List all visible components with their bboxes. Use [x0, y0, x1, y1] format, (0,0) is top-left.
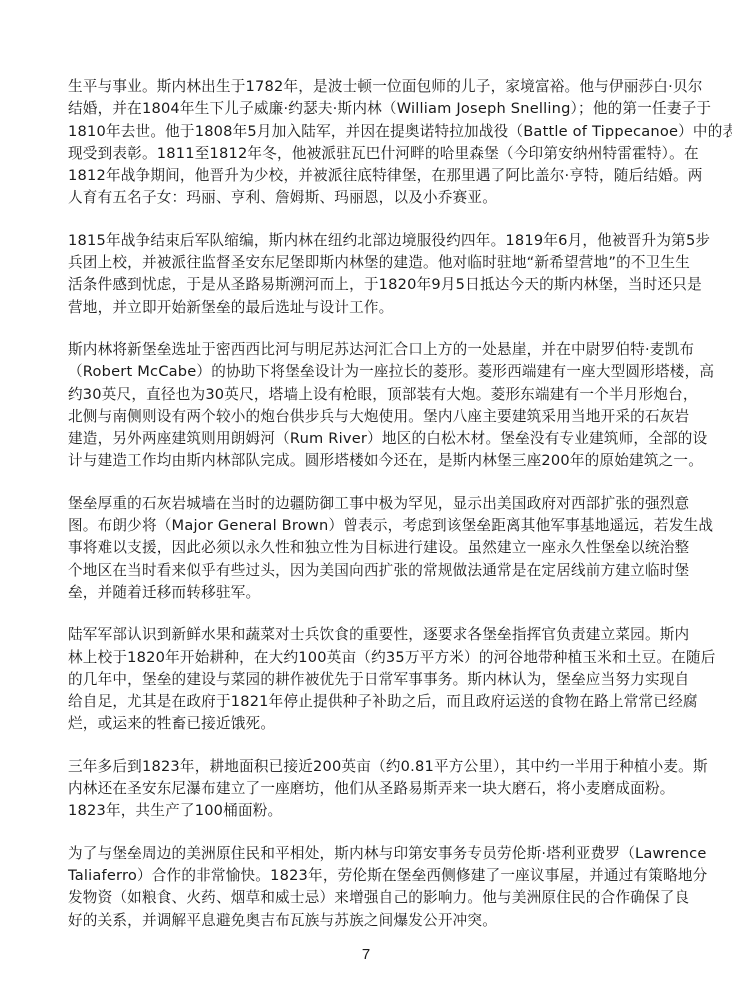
- page-number: 7: [0, 946, 732, 963]
- paragraph-post-war-assignment: 1815年战争结束后军队缩编，斯内林在纽约北部边境服役约四年。1819年6月，他…: [68, 230, 672, 319]
- text-line: （Robert McCabe）的协助下将堡垒设计为一座拉长的菱形。菱形西端建有一…: [68, 361, 672, 383]
- text-line: 陆军军部认识到新鲜水果和蔬菜对士兵饮食的重要性，逐要求各堡垒指挥官负责建立菜园。…: [68, 624, 672, 646]
- text-line: 图。布朗少将（Major General Brown）曾表示，考虑到该堡垒距离其…: [68, 515, 672, 537]
- text-line: 烂，或运来的牲畜已接近饿死。: [68, 713, 672, 735]
- text-line: 堡垒厚重的石灰岩城墙在当时的边疆防御工事中极为罕见，显示出美国政府对西部扩张的强…: [68, 493, 672, 515]
- text-line: 结婚，并在1804年生下儿子威廉·约瑟夫·斯内林（William Joseph …: [68, 98, 672, 120]
- text-line: 北侧与南侧则设有两个较小的炮台供步兵与大炮使用。堡内八座主要建筑采用当地开采的石…: [68, 406, 672, 428]
- text-line: 人育有五名子女：玛丽、亨利、詹姆斯、玛丽恩，以及小乔赛亚。: [68, 187, 672, 209]
- text-line: 的几年中，堡垒的建设与菜园的耕作被优先于日常军事事务。斯内林认为，堡垒应当努力实…: [68, 669, 672, 691]
- text-line: 生平与事业。斯内林出生于1782年，是波士顿一位面包师的儿子，家境富裕。他与伊丽…: [68, 76, 672, 98]
- text-line: 计与建造工作均由斯内林部队完成。圆形塔楼如今还在，是斯内林堡三座200年的原始建…: [68, 450, 672, 472]
- text-line: 发物资（如粮食、火药、烟草和威士忌）来增强自己的影响力。他与美洲原住民的合作确保…: [68, 887, 672, 909]
- text-line: 1812年战争期间，他晋升为少校，并被派往底特律堡，在那里遇了阿比盖尔·亨特，随…: [68, 165, 672, 187]
- paragraph-fort-design: 斯内林将新堡垒选址于密西西比河与明尼苏达河汇合口上方的一处悬崖，并在中尉罗伯特·…: [68, 339, 672, 473]
- text-line: 个地区在当时看来似乎有些过头，因为美国向西扩张的常规做法通常是在定居线前方建立临…: [68, 560, 672, 582]
- text-line: 林上校于1820年开始耕种，在大约100英亩（约35万平方米）的河谷地带种植玉米…: [68, 647, 672, 669]
- document-page: 生平与事业。斯内林出生于1782年，是波士顿一位面包师的儿子，家境富裕。他与伊丽…: [68, 76, 672, 952]
- paragraph-mill: 三年多后到1823年，耕地面积已接近200英亩（约0.81平方公里），其中约一半…: [68, 756, 672, 823]
- paragraph-limestone-walls: 堡垒厚重的石灰岩城墙在当时的边疆防御工事中极为罕见，显示出美国政府对西部扩张的强…: [68, 493, 672, 604]
- text-line: 营地，并立即开始新堡垒的最后选址与设计工作。: [68, 297, 672, 319]
- text-line: 给自足，尤其是在政府于1821年停止提供种子补助之后，而且政府运送的食物在路上常…: [68, 691, 672, 713]
- text-line: 三年多后到1823年，耕地面积已接近200英亩（约0.81平方公里），其中约一半…: [68, 756, 672, 778]
- paragraph-native-relations: 为了与堡垒周边的美洲原住民和平相处，斯内林与印第安事务专员劳伦斯·塔利亚费罗（L…: [68, 843, 672, 932]
- text-line: 约30英尺，直径也为30英尺，塔墙上设有枪眼，顶部装有大炮。菱形东端建有一个半月…: [68, 384, 672, 406]
- text-line: 1823年，共生产了100桶面粉。: [68, 800, 672, 822]
- paragraph-early-life: 生平与事业。斯内林出生于1782年，是波士顿一位面包师的儿子，家境富裕。他与伊丽…: [68, 76, 672, 210]
- text-line: 现受到表彰。1811至1812年冬，他被派驻瓦巴什河畔的哈里森堡（今印第安纳州特…: [68, 143, 672, 165]
- text-line: 1815年战争结束后军队缩编，斯内林在纽约北部边境服役约四年。1819年6月，他…: [68, 230, 672, 252]
- text-line: 建造，另外两座建筑则用朗姆河（Rum River）地区的白松木材。堡垒没有专业建…: [68, 428, 672, 450]
- text-line: 为了与堡垒周边的美洲原住民和平相处，斯内林与印第安事务专员劳伦斯·塔利亚费罗（L…: [68, 843, 672, 865]
- text-line: 内林还在圣安东尼瀑布建立了一座磨坊，他们从圣路易斯弄来一块大磨石，将小麦磨成面粉…: [68, 778, 672, 800]
- text-line: 好的关系，并调解平息避免奥吉布瓦族与苏族之间爆发公开冲突。: [68, 910, 672, 932]
- text-line: 垒，并随着迁移而转移驻军。: [68, 582, 672, 604]
- text-line: 斯内林将新堡垒选址于密西西比河与明尼苏达河汇合口上方的一处悬崖，并在中尉罗伯特·…: [68, 339, 672, 361]
- text-line: 兵团上校，并被派往监督圣安东尼堡即斯内林堡的建造。他对临时驻地“新希望营地”的不…: [68, 252, 672, 274]
- text-line: 活条件感到忧虑，于是从圣路易斯溯河而上，于1820年9月5日抵达今天的斯内林堡，…: [68, 274, 672, 296]
- text-line: 1810年去世。他于1808年5月加入陆军，并因在提奥诺特拉加战役（Battle…: [68, 121, 672, 143]
- paragraph-gardens: 陆军军部认识到新鲜水果和蔬菜对士兵饮食的重要性，逐要求各堡垒指挥官负责建立菜园。…: [68, 624, 672, 735]
- text-line: 事将难以支援，因此必须以永久性和独立性为目标进行建设。虽然建立一座永久性堡垒以统…: [68, 537, 672, 559]
- text-line: Taliaferro）合作的非常愉快。1823年，劳伦斯在堡垒西侧修建了一座议事…: [68, 865, 672, 887]
